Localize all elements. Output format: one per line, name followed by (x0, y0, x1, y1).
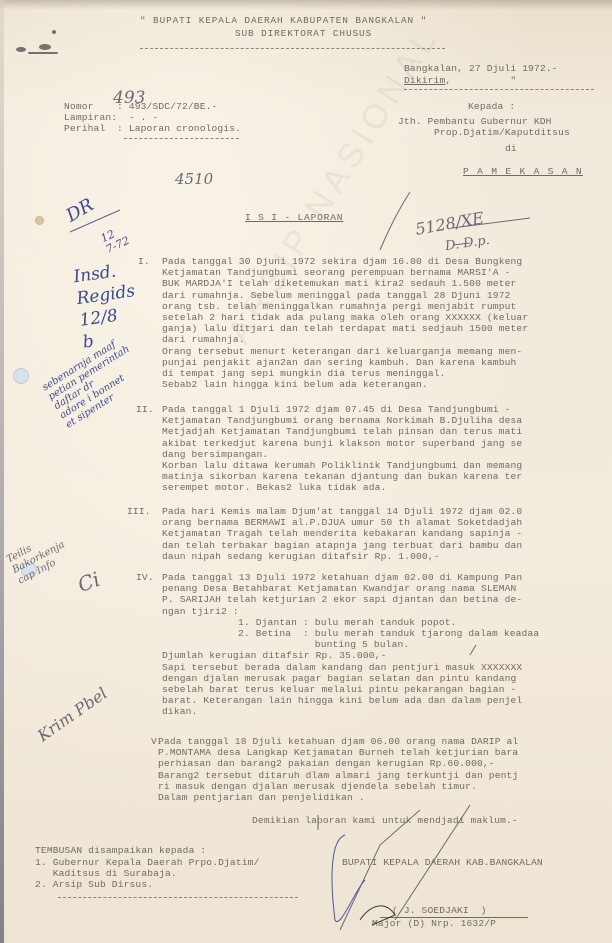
document-page: ARSIP NASIONAL " BUPATI KEPALA DAERAH KA… (0, 0, 612, 943)
signature-strokes (0, 0, 612, 943)
